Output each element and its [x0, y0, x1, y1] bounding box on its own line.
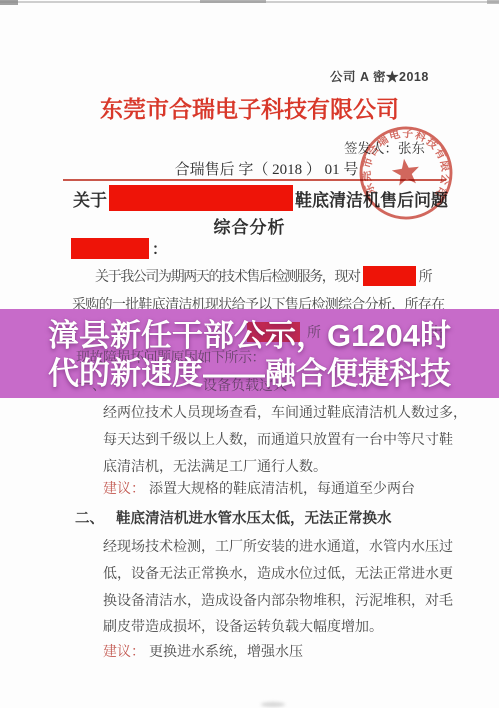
redaction-box-3: [363, 266, 416, 286]
overlay-headline-line2: 代的新速度——融合便捷科技: [48, 355, 451, 393]
paragraph1-line1-tail: 所: [419, 266, 432, 286]
scan-edge-artifact-segment: [200, 0, 266, 3]
advice-label: 建议：: [103, 641, 145, 661]
seal-star-icon: [390, 157, 421, 187]
paragraph1-line1: 关于我公司为期两天的技术售后检测服务，现对 所: [95, 266, 431, 286]
security-classification-label: 公司 A 密★2018: [330, 67, 429, 85]
company-seal-stamp: 东莞市合瑞电子科技有限公司: [345, 112, 467, 234]
section2-line: 刷皮带造成损坏，设备运转负载大幅度增加。: [103, 616, 383, 636]
news-headline-overlay-banner: 所 出 现故障损坏问题原因如下所示： 一、 设备负载过大 漳县新任干部公示，G1…: [0, 309, 499, 398]
section2-heading-text: 鞋底清洁机进水管水压太低，无法正常换水: [116, 507, 392, 528]
overlay-headline-line1: 漳县新任干部公示，G1204时: [48, 317, 451, 355]
scan-corner-artifact-right: [487, 0, 499, 4]
redaction-box-1: [109, 185, 293, 211]
redaction-box-2: [71, 238, 149, 259]
paragraph1-line1-text: 关于我公司为期两天的技术售后检测服务，现对: [95, 266, 360, 286]
section2-advice: 建议： 更换进水系统，增强水压: [103, 641, 303, 661]
greeting-line: ：: [71, 238, 167, 259]
section2-line: 经现场技术检测，工厂所安装的进水通道，水管内水压过: [103, 536, 453, 556]
overlay-headline: 漳县新任干部公示，G1204时 代的新速度——融合便捷科技: [0, 309, 499, 398]
scan-corner-artifact-left: [0, 0, 18, 5]
section2-number: 二、: [75, 507, 104, 528]
section1-line: 每天达到千级以上人数，而通道只放置有一台中等尺寸鞋: [103, 429, 453, 449]
scanned-document-page: 公司 A 密★2018 东莞市合瑞电子科技有限公司 签发人：张东 合瑞售后 字（…: [0, 0, 499, 708]
section2-heading: 二、 鞋底清洁机进水管水压太低，无法正常换水: [75, 507, 392, 528]
advice-label: 建议：: [103, 478, 145, 498]
advice-text: 更换进水系统，增强水压: [149, 641, 303, 661]
section1-advice: 建议： 添置大规格的鞋底清洁机，每通道至少两台: [103, 478, 415, 498]
greeting-colon: ：: [152, 238, 167, 259]
section1-line: 底清洁机，无法满足工厂通行人数。: [103, 456, 327, 476]
section1-line: 经两位技术人员现场查看，车间通过鞋底清洁机人数过多，: [103, 402, 467, 422]
subject-prefix: 关于: [73, 186, 107, 211]
section2-line: 换设备清洁水，造成设备内部杂物堆积，污泥堆积，对毛: [103, 590, 453, 610]
advice-text: 添置大规格的鞋底清洁机，每通道至少两台: [149, 478, 415, 498]
section2-line: 低，设备无法正常换水，造成水位过低，无法正常进水更: [103, 563, 453, 583]
scan-smudge-artifact: [261, 702, 285, 707]
